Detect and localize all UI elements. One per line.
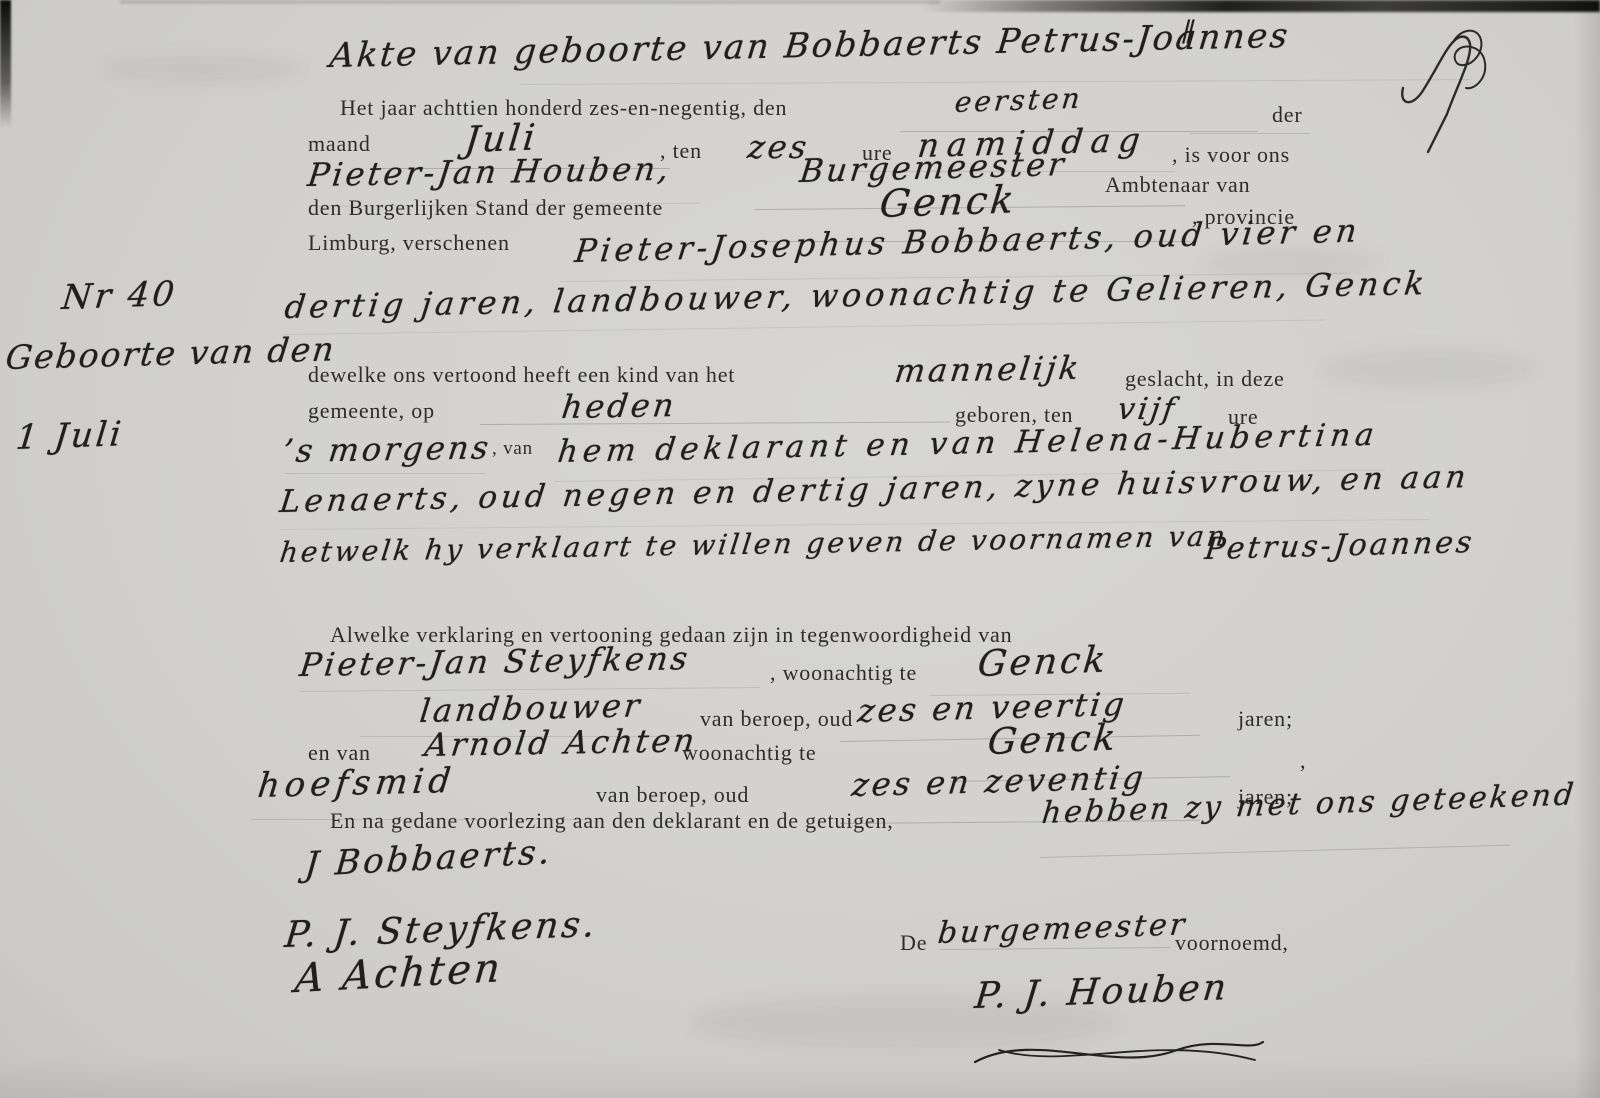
hand-official-name: Pieter-Jan Houben, [306, 150, 674, 194]
hand-closing-title: burgemeester [936, 907, 1189, 951]
hand-witness1-place: Genck [976, 639, 1110, 685]
scan-edge-top-faint [120, 0, 940, 4]
printed-comma: , [1300, 748, 1306, 774]
ruled-fill-line [285, 473, 485, 474]
printed-van: , van [492, 438, 533, 460]
printed-der: der [1272, 102, 1303, 128]
hand-witness2-place: Genck [986, 717, 1120, 763]
printed-van-beroep-oud: van beroep, oud [700, 706, 853, 732]
margin-act-number: Nr 40 [60, 274, 179, 318]
hand-child-names: Petrus-Joannes [1203, 525, 1477, 567]
scan-edge-top-band [920, 0, 1600, 12]
hand-declarant-details: dertig jaren, landbouwer, woonachtig te … [283, 264, 1431, 326]
printed-voornoemd: voornoemd, [1175, 930, 1289, 956]
clerk-paraph-icon [1395, 22, 1525, 157]
printed-limburg-verschenen: Limburg, verschenen [308, 230, 510, 256]
birth-certificate-scan: Akte van geboorte van Bobbaerts Petrus-J… [0, 0, 1600, 1098]
printed-jaren-1: jaren; [1238, 706, 1293, 732]
scan-edge-right-vignette [1574, 0, 1600, 1098]
printed-kind-vertoond: dewelke ons vertoond heeft een kind van … [308, 362, 735, 388]
hand-moeder-deel2: Lenaerts, oud negen en dertig jaren, zyn… [278, 459, 1472, 520]
printed-woonachtig-te-2: woonachtig te [682, 740, 816, 766]
printed-ambtenaar-van: Ambtenaar van [1105, 172, 1250, 198]
printed-voorlezing-clause: En na gedane voorlezing aan den deklaran… [330, 808, 894, 834]
margin-caption-line2: 1 Juli [14, 414, 126, 458]
signature-official: P. J. Houben [973, 967, 1231, 1017]
margin-caption-line1: Geboorte van den [4, 329, 338, 377]
hand-geslacht: mannelijk [893, 349, 1084, 390]
printed-geslacht-in-deze: geslacht, in deze [1125, 366, 1285, 392]
signature-declarant: J Bobbaerts. [303, 832, 554, 885]
scan-edge-left-strip [0, 0, 11, 128]
hand-witness1-name: Pieter-Jan Steyfkens [298, 639, 693, 684]
printed-is-voor-ons: , is voor ons [1172, 142, 1290, 168]
printed-gemeente-op: gemeente, op [308, 398, 435, 424]
hand-witness2-name: Arnold Achten [423, 721, 700, 764]
act-title: Akte van geboorte van Bobbaerts Petrus-J… [328, 16, 1292, 76]
printed-year-clause: Het jaar achttien honderd zes-en-negenti… [340, 95, 787, 121]
hand-smorgens: ’s morgens [281, 428, 494, 470]
ruled-fill-line [1040, 845, 1510, 858]
scan-edge-bottom-vignette [0, 1056, 1600, 1098]
printed-maand: maand [308, 131, 371, 157]
hand-moeder-deel1: hem deklarant en van Helena-Hubertina [556, 417, 1381, 470]
printed-en-van: en van [308, 740, 371, 766]
printed-van-beroep-oud-2: van beroep, oud [596, 782, 749, 808]
printed-woonachtig-te: , woonachtig te [770, 660, 917, 686]
bleedthrough-smudge [100, 55, 300, 83]
printed-closing-de: De [900, 930, 927, 956]
hand-gemeente: Genck [878, 177, 1019, 226]
ruled-fill-line [1190, 133, 1310, 134]
signature-witness2: A Achten [293, 945, 505, 1002]
hand-witness2-beroep: hoefsmid [256, 761, 458, 806]
hand-geboortedag: heden [560, 386, 679, 426]
hand-day-of-month: eersten [953, 81, 1084, 119]
bleedthrough-smudge [1320, 348, 1535, 390]
printed-burgerlijke-stand: den Burgerlijken Stand der gemeente [308, 195, 663, 221]
ruled-fill-line [480, 422, 950, 425]
